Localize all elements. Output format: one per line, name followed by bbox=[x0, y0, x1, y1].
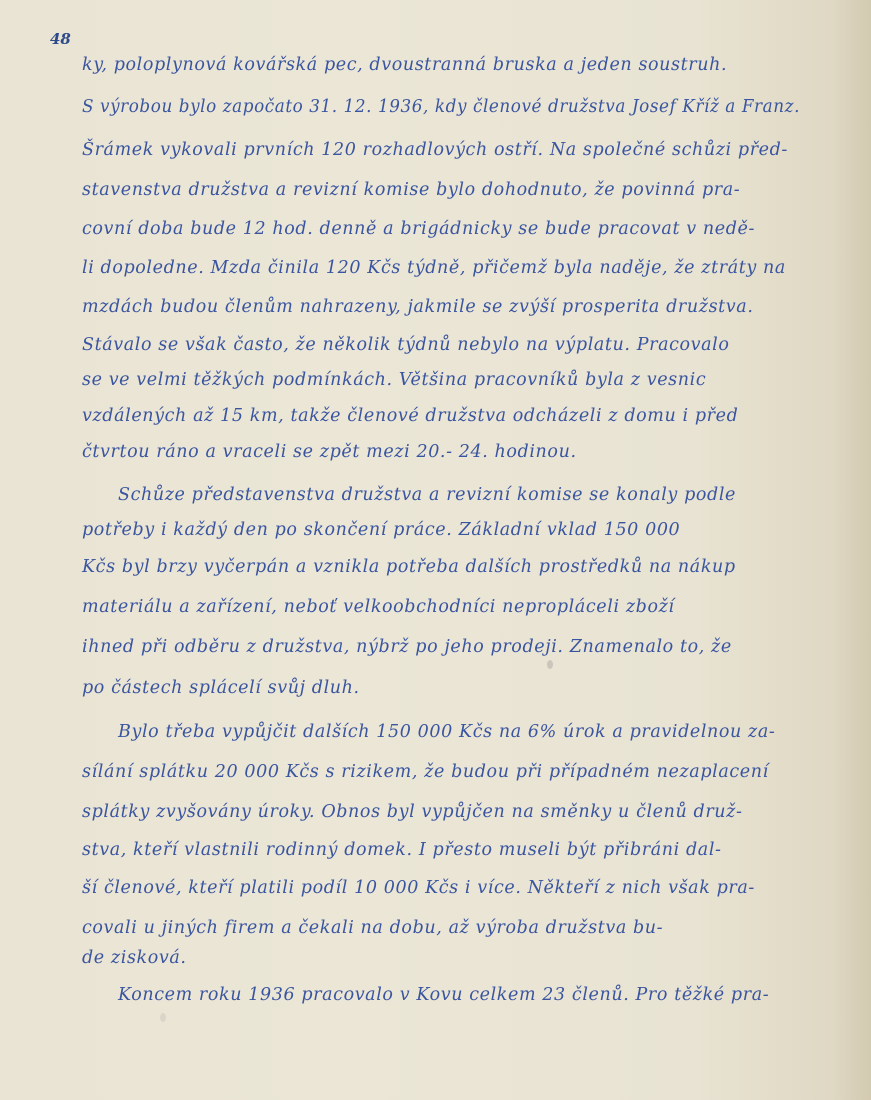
text-line: Schůze představenstva družstva a revizní… bbox=[118, 485, 736, 505]
text-line: S výrobou bylo započato 31. 12. 1936, kd… bbox=[82, 97, 800, 117]
text-line: materiálu a zařízení, neboť velkoobchodn… bbox=[82, 597, 675, 617]
text-line: ší členové, kteří platili podíl 10 000 K… bbox=[82, 878, 755, 898]
text-line: Koncem roku 1936 pracovalo v Kovu celkem… bbox=[118, 985, 769, 1005]
text-line: Stávalo se však často, že několik týdnů … bbox=[82, 335, 730, 355]
text-line: sílání splátku 20 000 Kčs s rizikem, že … bbox=[82, 762, 769, 782]
document-page: 48 ky, poloplynová kovářská pec, dvoustr… bbox=[0, 0, 871, 1100]
text-line: čtvrtou ráno a vraceli se zpět mezi 20.-… bbox=[82, 442, 577, 462]
text-line: li dopoledne. Mzda činila 120 Kčs týdně,… bbox=[82, 258, 786, 278]
paper-blemish bbox=[547, 660, 553, 669]
text-line: Bylo třeba vypůjčit dalších 150 000 Kčs … bbox=[118, 722, 775, 742]
text-line: stva, kteří vlastnili rodinný domek. I p… bbox=[82, 840, 722, 860]
text-line: Šrámek vykovali prvních 120 rozhadlových… bbox=[82, 140, 788, 160]
text-line: splátky zvyšovány úroky. Obnos byl vypůj… bbox=[82, 802, 743, 822]
text-line: vzdálených až 15 km, takže členové družs… bbox=[82, 406, 738, 426]
text-line: mzdách budou členům nahrazeny, jakmile s… bbox=[82, 297, 753, 317]
text-line: se ve velmi těžkých podmínkách. Většina … bbox=[82, 370, 706, 390]
text-line: ky, poloplynová kovářská pec, dvoustrann… bbox=[82, 55, 727, 75]
text-line: covní doba bude 12 hod. denně a brigádni… bbox=[82, 219, 755, 239]
text-line: covali u jiných firem a čekali na dobu, … bbox=[82, 918, 663, 938]
text-line: stavenstva družstva a revizní komise byl… bbox=[82, 180, 740, 200]
text-line: de zisková. bbox=[82, 948, 187, 968]
paper-blemish bbox=[160, 1013, 166, 1022]
text-line: ihned při odběru z družstva, nýbrž po je… bbox=[82, 637, 732, 657]
page-number: 48 bbox=[50, 30, 71, 48]
text-line: po částech splácelí svůj dluh. bbox=[82, 678, 360, 698]
text-line: Kčs byl brzy vyčerpán a vznikla potřeba … bbox=[82, 557, 736, 577]
text-line: potřeby i každý den po skončení práce. Z… bbox=[82, 520, 680, 540]
